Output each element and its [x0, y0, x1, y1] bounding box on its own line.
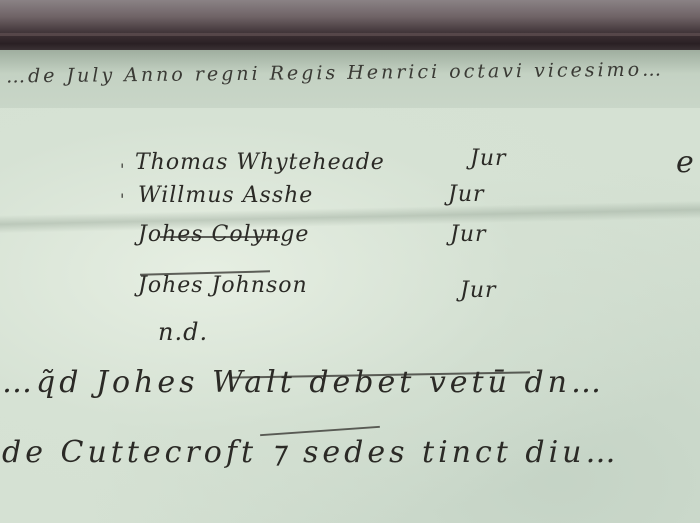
- body-line-1: …q̃d Johes Walt debet vetū dn…: [2, 365, 605, 400]
- juror-mark-1: Jur: [470, 146, 507, 171]
- juror-mark-3: Jur: [450, 222, 487, 247]
- annotation: n.d.: [158, 318, 208, 346]
- strike-line: [160, 236, 280, 238]
- margin-fragment: e: [676, 145, 694, 180]
- name-entry-4: Johes Johnson: [138, 273, 308, 298]
- page-fold: [0, 201, 700, 234]
- name-entry-3: Johes Colynge: [138, 222, 309, 247]
- tick-mark-2: ': [120, 190, 124, 209]
- juror-mark-2: Jur: [448, 182, 485, 207]
- juror-mark-4: Jur: [460, 278, 497, 303]
- binding-shadow: [0, 0, 700, 56]
- name-entry-1: Thomas Whyteheade: [135, 150, 385, 175]
- body-line-2: de Cuttecroft ⁊ sedes tinct diu…: [2, 435, 620, 470]
- tick-mark-1: ': [120, 160, 124, 179]
- name-entry-2: Willmus Asshe: [138, 183, 313, 208]
